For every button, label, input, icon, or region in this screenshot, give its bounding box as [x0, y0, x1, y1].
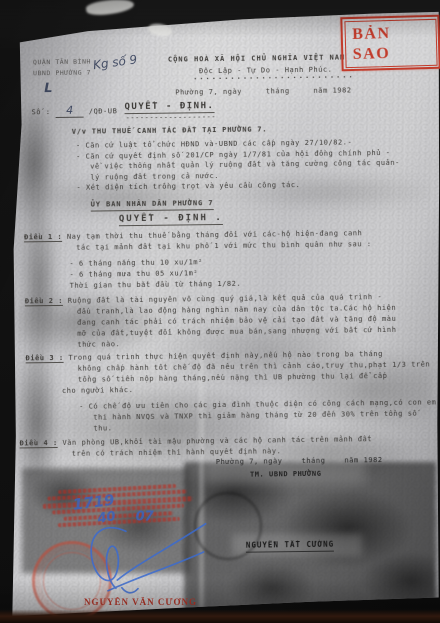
handwritten-mark: L — [44, 81, 52, 96]
handwritten-note: Kg số 9 — [92, 52, 138, 72]
article-1: Điều 1 : Nay tạm thời thu thuế bằng thán… — [24, 228, 372, 254]
place-date-line: Phường 7, ngày tháng năm 1982 — [175, 85, 351, 98]
copy-stamp-inner-border: BẢN SAO — [344, 18, 437, 67]
article-2-label: Điều 2 : — [25, 297, 63, 306]
issuer-line1: QUẬN TÂN BÌNH — [33, 57, 91, 68]
authority-line: ỦY BAN NHÂN DÂN PHƯỜNG 7 — [91, 198, 214, 211]
signature-tm-line: TM. UBND PHƯỜNG — [250, 469, 322, 480]
signature-ink — [73, 511, 219, 609]
article-2: Điều 2 : Ruộng đất là tài nguyên vô cùng… — [25, 292, 397, 352]
priority-note: - Có chế độ ưu tiên cho các gia đình thu… — [79, 397, 440, 435]
doc-number-handwritten: 4 — [56, 104, 84, 118]
signer-right-name: NGUYỄN TẤT CƯỜNG — [246, 540, 334, 553]
signature-tm-text: TM. UBND PHƯỜNG — [250, 469, 322, 480]
doc-number-suffix: /QĐ-UB — [89, 107, 118, 115]
doc-number-prefix: Số : — [32, 108, 51, 116]
article-1-label: Điều 1 : — [24, 233, 62, 242]
subject-line: V/v THU THUẾ CANH TÁC ĐẤT TẠI PHƯỜNG 7. — [72, 124, 268, 137]
doc-number-line: Số : 4 /QĐ-UB — [31, 98, 117, 118]
signer-left-name: NGUYỄN VĂN CƯƠNG — [84, 597, 197, 607]
signer-right-name-text: NGUYỄN TẤT CƯỜNG — [246, 540, 334, 553]
motto-divider: .......................... — [193, 70, 355, 82]
signature-date-line: Phường 7, ngày tháng năm 1982 — [216, 455, 383, 468]
tax-start-date: Thời gian thu bắt đầu từ tháng 1/82. — [70, 279, 242, 292]
article-3-label: Điều 3 : — [26, 354, 64, 363]
article-4-label: Điều 4 : — [20, 439, 58, 448]
article-1-items: - 6 tháng nắng thu 10 xu/1m² - 6 tháng m… — [69, 257, 241, 292]
copy-stamp: BẢN SAO — [340, 15, 440, 72]
copy-stamp-text: BẢN SAO — [352, 24, 391, 62]
preamble: - Căn cứ luật tổ chức HĐND và-UBND các c… — [76, 137, 400, 193]
document-photo: QUẬN TÂN BÌNH UBND PHƯỜNG 7 Kg số 9 L Số… — [0, 0, 440, 623]
article-1-line: tác tại mảnh đất tại khu phố 1 với mức t… — [76, 239, 372, 254]
decision-heading: QUYẾT - ĐỊNH . — [119, 213, 223, 226]
issuer-line2: UBND PHƯỜNG 7 — [33, 67, 91, 78]
issuer-block: QUẬN TÂN BÌNH UBND PHƯỜNG 7 — [33, 57, 91, 79]
article-3: Điều 3 : Trong quá trình thực hiện quyết… — [25, 348, 430, 397]
signature-date-text: Phường 7, ngày tháng năm 1982 — [216, 455, 383, 468]
title-underline: ------------------- — [126, 112, 217, 124]
republic-line: CỘNG HOÀ XÃ HỘI CHỦ NGHĨA VIỆT NAM — [168, 52, 345, 65]
photo-bottom-edge — [0, 608, 440, 623]
